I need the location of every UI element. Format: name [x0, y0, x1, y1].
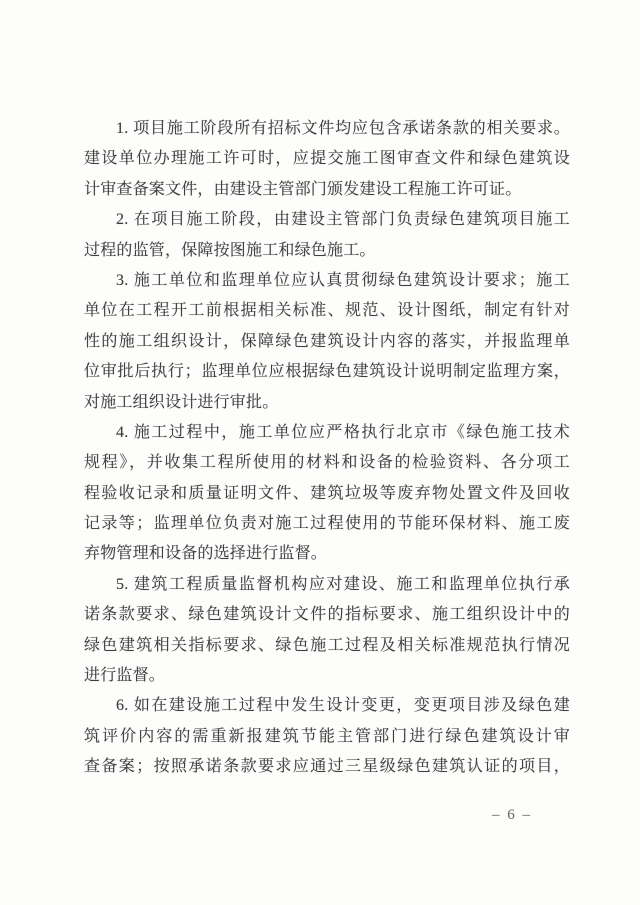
- text-line: 过程的监管，保障按图施工和绿色施工。: [84, 236, 570, 266]
- text-line: 记录等；监理单位负责对施工过程使用的节能环保材料、施工废: [84, 509, 570, 539]
- paragraph-4: 4. 施工过程中，施工单位应严格执行北京市《绿色施工技术规程》，并收集工程所使用…: [84, 418, 570, 570]
- paragraph-5: 5. 建筑工程质量监督机构应对建设、施工和监理单位执行承诺条款要求、绿色建筑设计…: [84, 570, 570, 692]
- text-line: 弃物管理和设备的选择进行监督。: [84, 539, 570, 569]
- text-line: 诺条款要求、绿色建筑设计文件的指标要求、施工组织设计中的: [84, 600, 570, 630]
- text-line: 筑评价内容的需重新报建筑节能主管部门进行绿色建筑设计审: [84, 722, 570, 752]
- paragraph-3: 3. 施工单位和监理单位应认真贯彻绿色建筑设计要求；施工单位在工程开工前根据相关…: [84, 266, 570, 418]
- text-line: 性的施工组织设计，保障绿色建筑设计内容的落实，并报监理单: [84, 327, 570, 357]
- text-line: 查备案；按照承诺条款要求应通过三星级绿色建筑认证的项目，: [84, 752, 570, 782]
- text-line: 4. 施工过程中，施工单位应严格执行北京市《绿色施工技术: [84, 418, 570, 448]
- text-line: 3. 施工单位和监理单位应认真贯彻绿色建筑设计要求；施工: [84, 266, 570, 296]
- text-line: 计审查备案文件，由建设主管部门颁发建设工程施工许可证。: [84, 175, 570, 205]
- text-block: 1. 项目施工阶段所有招标文件均应包含承诺条款的相关要求。建设单位办理施工许可时…: [84, 114, 570, 783]
- text-line: 5. 建筑工程质量监督机构应对建设、施工和监理单位执行承: [84, 570, 570, 600]
- text-line: 规程》，并收集工程所使用的材料和设备的检验资料、各分项工: [84, 448, 570, 478]
- text-line: 1. 项目施工阶段所有招标文件均应包含承诺条款的相关要求。: [84, 114, 570, 144]
- text-line: 程验收记录和质量证明文件、建筑垃圾等废弃物处置文件及回收: [84, 479, 570, 509]
- text-line: 进行监督。: [84, 661, 570, 691]
- paragraph-1: 1. 项目施工阶段所有招标文件均应包含承诺条款的相关要求。建设单位办理施工许可时…: [84, 114, 570, 205]
- text-line: 6. 如在建设施工过程中发生设计变更，变更项目涉及绿色建: [84, 691, 570, 721]
- text-line: 对施工组织设计进行审批。: [84, 388, 570, 418]
- paragraph-2: 2. 在项目施工阶段，由建设主管部门负责绿色建筑项目施工过程的监管，保障按图施工…: [84, 205, 570, 266]
- page-number: – 6 –: [492, 804, 532, 826]
- text-line: 建设单位办理施工许可时，应提交施工图审查文件和绿色建筑设: [84, 144, 570, 174]
- text-line: 绿色建筑相关指标要求、绿色施工过程及相关标准规范执行情况: [84, 631, 570, 661]
- paragraph-6: 6. 如在建设施工过程中发生设计变更，变更项目涉及绿色建筑评价内容的需重新报建筑…: [84, 691, 570, 782]
- text-line: 位审批后执行；监理单位应根据绿色建筑设计说明制定监理方案，: [84, 357, 570, 387]
- text-line: 2. 在项目施工阶段，由建设主管部门负责绿色建筑项目施工: [84, 205, 570, 235]
- text-line: 单位在工程开工前根据相关标准、规范、设计图纸，制定有针对: [84, 296, 570, 326]
- document-page: 1. 项目施工阶段所有招标文件均应包含承诺条款的相关要求。建设单位办理施工许可时…: [0, 0, 640, 905]
